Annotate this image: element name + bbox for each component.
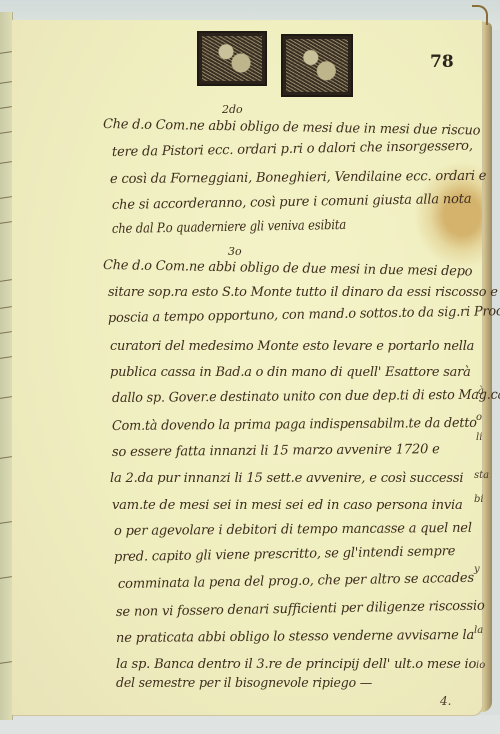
section-marker: 2do: [222, 103, 243, 116]
margin-note: à: [478, 386, 484, 397]
text-line: ne praticata abbi obligo lo stesso vende…: [116, 628, 474, 646]
text-line: so essere fatta innanzi li 15 marzo avve…: [112, 442, 440, 460]
manuscript-scan: 78 2do Che d.o Com.ne abbi obligo de mes…: [0, 0, 500, 734]
text-line: publica cassa in Bad.a o din mano di que…: [110, 365, 471, 380]
winged-lion-woodcut-icon: [197, 31, 267, 86]
margin-note: sta: [474, 470, 489, 481]
folio-mark: 4.: [440, 694, 451, 708]
scanner-background-bottom: [0, 715, 500, 734]
text-line: o per agevolare i debitori di tempo manc…: [114, 521, 472, 539]
text-line: sitare sop.ra esto S.to Monte tutto il d…: [108, 285, 498, 300]
text-line: la 2.da pur innanzi li 15 sett.e avvenir…: [110, 471, 463, 486]
text-line: del semestre per il bisognevole ripiego …: [116, 676, 372, 691]
text-line: vam.te de mesi sei in mesi sei ed in cas…: [112, 498, 463, 513]
text-line: curatori del medesimo Monte esto levare …: [110, 339, 474, 354]
margin-note: io: [476, 660, 485, 671]
section-marker: 3o: [228, 245, 242, 258]
margin-note: bi: [474, 494, 484, 505]
margin-note: y: [474, 564, 480, 575]
saint-woodcut-icon: [281, 34, 353, 97]
margin-note: o: [476, 412, 482, 423]
page-number: 78: [430, 52, 454, 72]
text-line: Com.tà dovendo la prima paga indispensab…: [112, 416, 477, 434]
margin-note: la: [474, 625, 483, 636]
text-line: la sp. Banca dentro il 3.re de principij…: [116, 657, 476, 672]
margin-note: li: [476, 432, 482, 443]
